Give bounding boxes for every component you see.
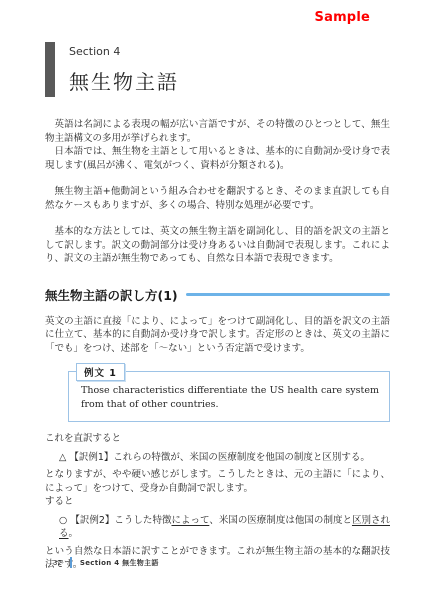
translation-example-2-part-1: 【訳例2】こうした特徴 <box>70 515 171 526</box>
footer-accent-bar <box>70 557 72 568</box>
heading-rule <box>186 293 390 296</box>
translation-example-2-part-3: 。 <box>69 528 79 539</box>
after-example-1-paragraph: となりますが、やや硬い感じがします。こうしたときは、元の主語に「により、によって… <box>45 468 390 495</box>
intro-paragraphs: 英語は名詞による表現の幅が広い言語ですが、その特徴のひとつとして、無生物主語構文… <box>45 118 390 266</box>
then-lead: すると <box>45 495 390 509</box>
example-box-label: 例文 1 <box>76 363 125 381</box>
translation-example-2: ○【訳例2】こうした特徴によって、米国の医療制度は他国の制度と区別される。 <box>45 514 390 541</box>
intro-paragraph-3: 無生物主語+他動詞という組み合わせを翻訳するとき、そのまま直訳しても自然なケース… <box>45 185 390 212</box>
intro-paragraph-2: 日本語では、無生物を主語として用いるときは、基本的に自動詞か受け身で表現します(… <box>45 145 390 172</box>
triangle-mark-icon: △ <box>59 452 66 463</box>
direct-translation-lead: これを直訳すると <box>45 432 390 446</box>
section-accent-bar <box>45 42 55 97</box>
sample-watermark: Sample <box>315 10 370 25</box>
translation-example-1-text: 【訳例1】これらの特徴が、米国の医療制度を他国の制度と区別する。 <box>69 452 370 463</box>
example-english-sentence: Those characteristics differentiate the … <box>81 384 379 412</box>
example-sentence-box: 例文 1 Those characteristics differentiate… <box>68 371 390 422</box>
section-number-label: Section 4 <box>69 45 179 58</box>
sub-section-heading-text: 無生物主語の訳し方(1) <box>45 286 178 304</box>
translation-example-2-underlined-1: によって <box>171 515 209 526</box>
intro-paragraph-4: 基本的な方法としては、英文の無生物主語を副詞化し、目的語を訳文の主語として訳しま… <box>45 225 390 266</box>
page-footer: 32 Section 4 無生物主語 <box>53 557 159 568</box>
document-page: Sample Section 4 無生物主語 英語は名詞による表現の幅が広い言語… <box>0 0 424 593</box>
sub-section-heading: 無生物主語の訳し方(1) <box>45 286 390 304</box>
page-number: 32 <box>53 559 62 567</box>
page-content: Section 4 無生物主語 英語は名詞による表現の幅が広い言語ですが、その特… <box>45 42 390 572</box>
page-title: 無生物主語 <box>69 66 179 95</box>
circle-mark-icon: ○ <box>59 515 67 526</box>
intro-paragraph-1: 英語は名詞による表現の幅が広い言語ですが、その特徴のひとつとして、無生物主語構文… <box>45 118 390 145</box>
section-titles: Section 4 無生物主語 <box>69 42 179 97</box>
translation-example-1: △【訳例1】これらの特徴が、米国の医療制度を他国の制度と区別する。 <box>45 451 390 465</box>
footer-section-label: Section 4 無生物主語 <box>80 558 159 568</box>
section-intro-paragraph: 英文の主語に直接「により、によって」をつけて副詞化し、目的語を訳文の主語に仕立て… <box>45 315 390 356</box>
translation-example-2-part-2: 、米国の医療制度は他国の制度と <box>209 515 352 526</box>
section-header: Section 4 無生物主語 <box>45 42 390 97</box>
